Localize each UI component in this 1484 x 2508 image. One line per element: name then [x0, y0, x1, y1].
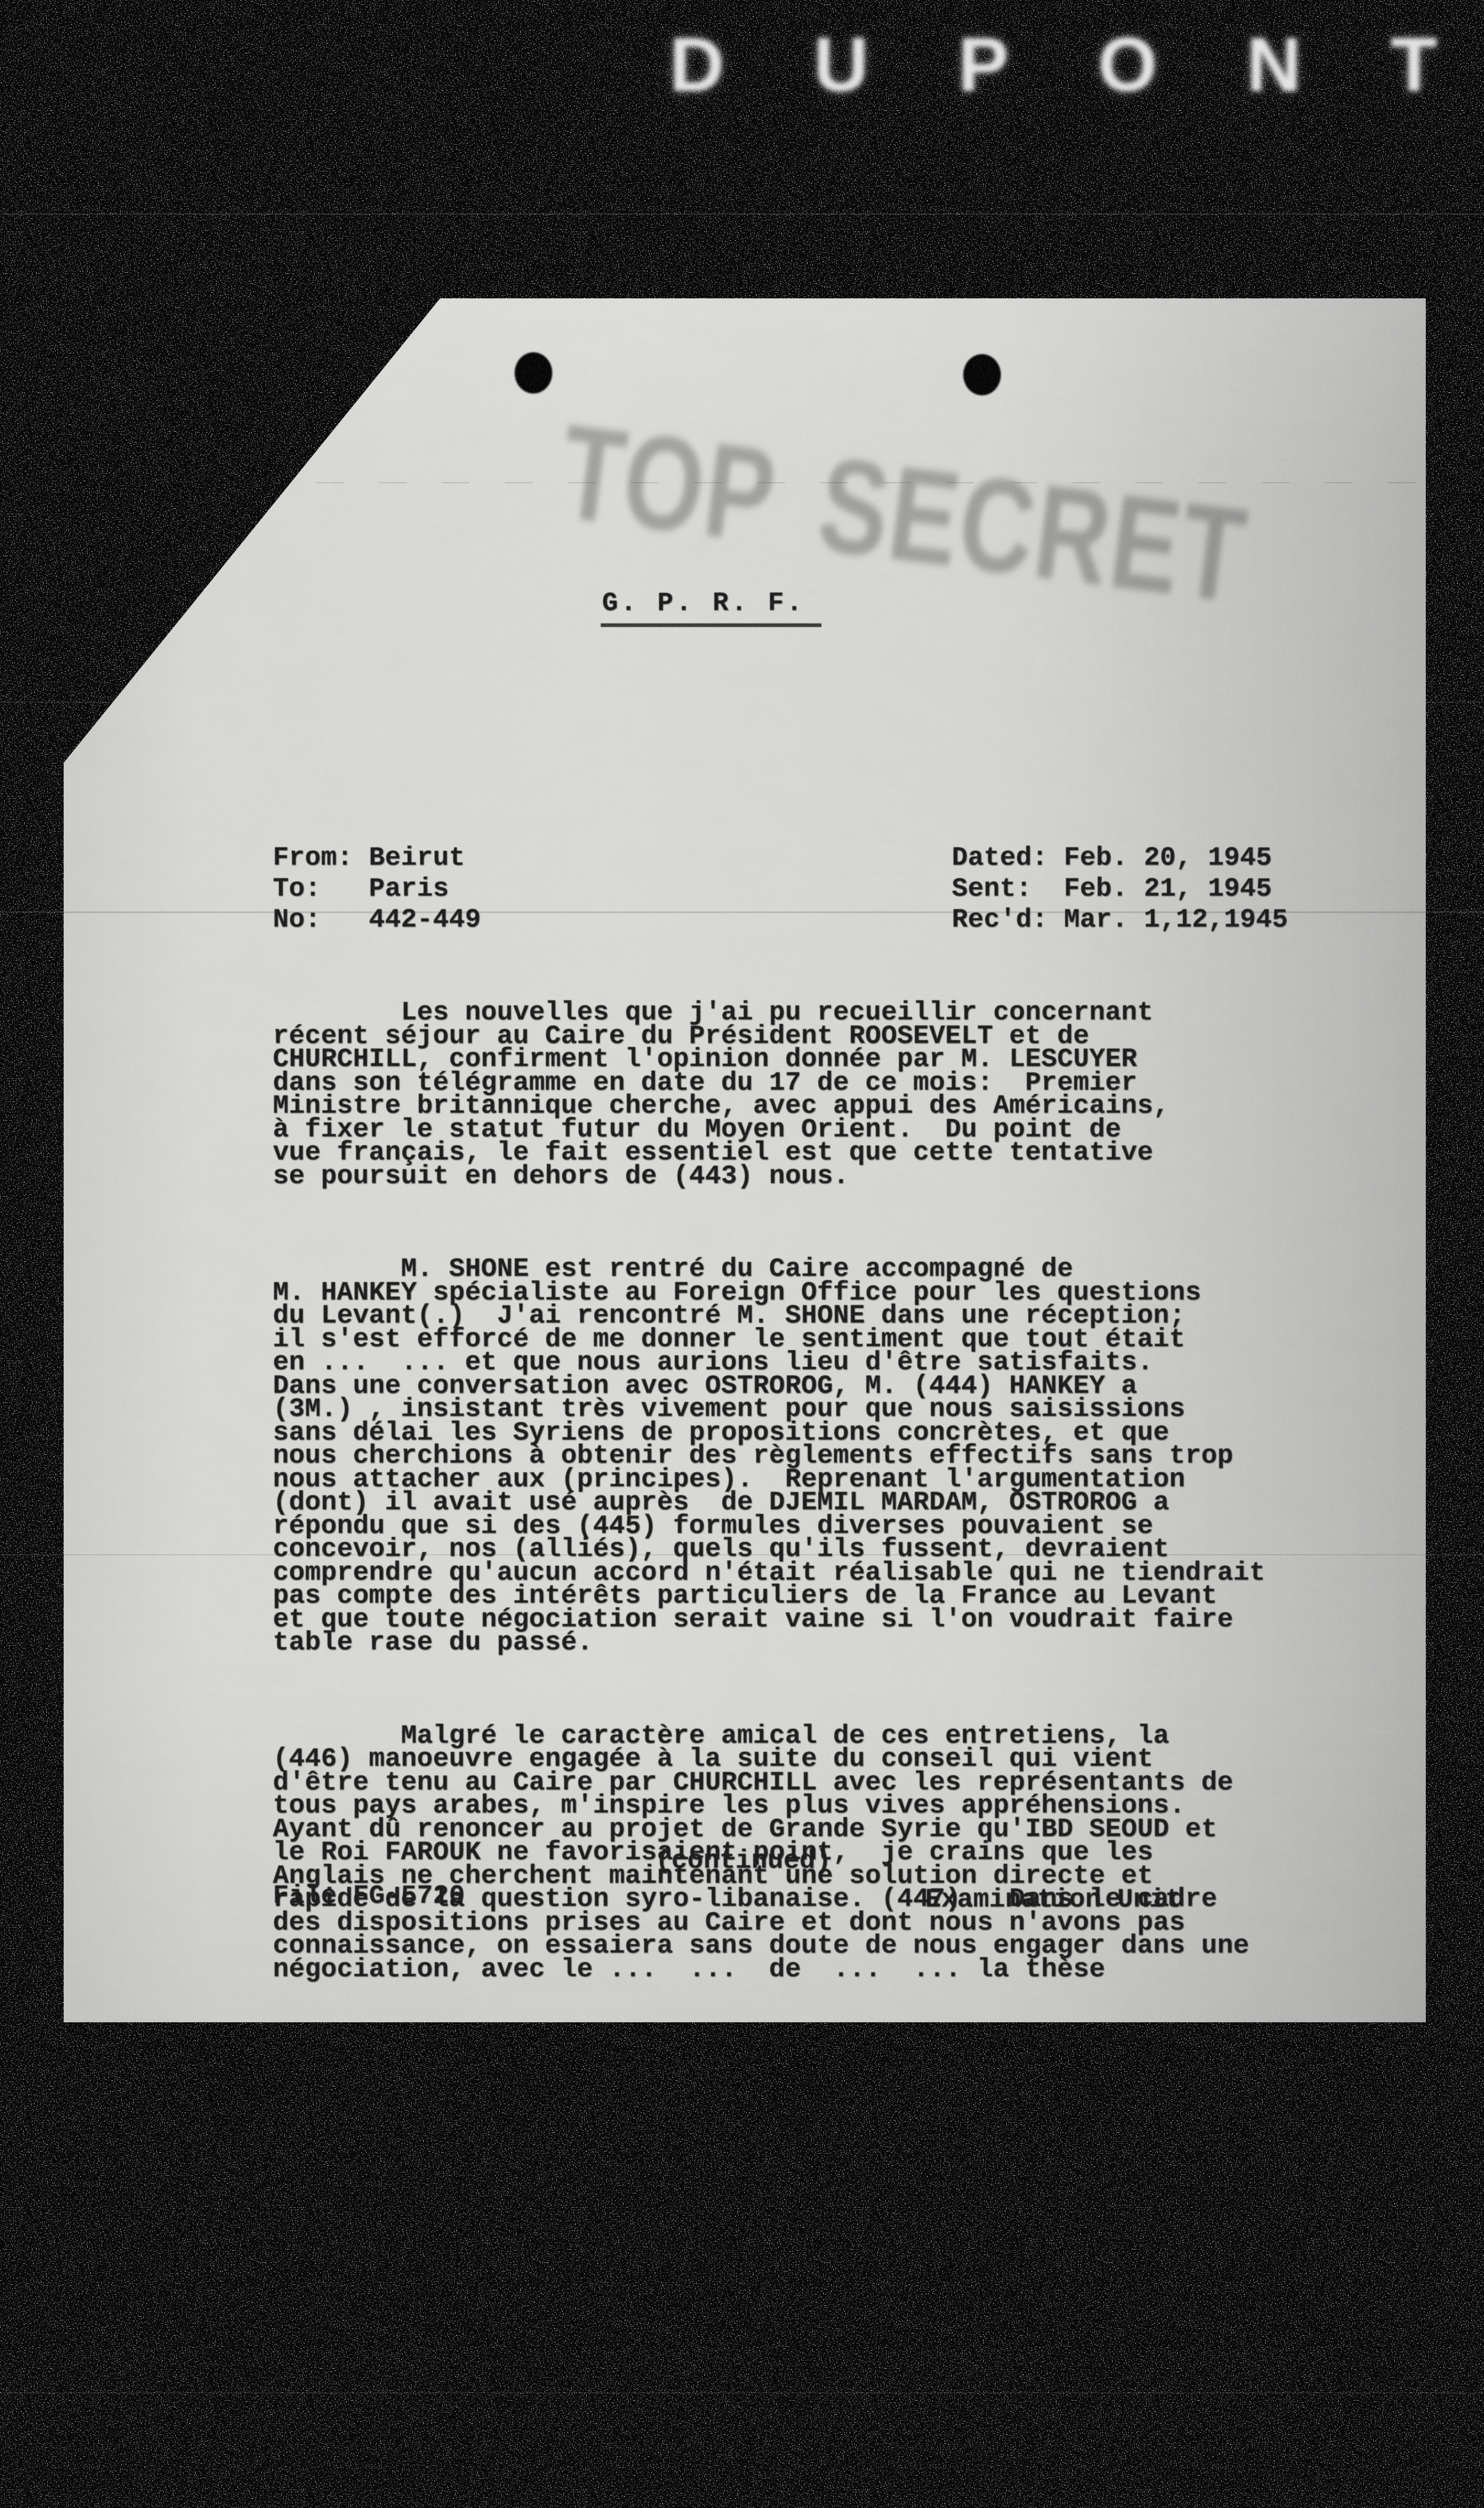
file-number: File FG-5720	[273, 1881, 465, 1911]
meta-from-line: From: Beirut	[273, 843, 465, 873]
meta-origin-block: From: Beirut To: Paris No: 442-449	[273, 843, 481, 936]
examination-unit-label: Examination Unit	[925, 1885, 1181, 1915]
scratch-artifact	[0, 2392, 1484, 2393]
meta-dated-line: Dated: Feb. 20, 1945	[952, 843, 1272, 873]
meta-to-line: To: Paris	[273, 874, 449, 904]
paragraph-1: Les nouvelles que j'ai pu recueillir con…	[273, 1001, 1265, 1188]
dupont-watermark-text: DUPONT	[669, 21, 1484, 109]
paragraph-2: M. SHONE est rentré du Caire accompagné …	[273, 1258, 1265, 1655]
meta-sent-line: Sent: Feb. 21, 1945	[952, 874, 1272, 904]
microfilm-scan-frame: DUPONT TOP SE	[0, 0, 1484, 2508]
punch-hole-left	[515, 352, 552, 394]
org-heading-gprf: G. P. R. F.	[601, 588, 821, 627]
continued-note: (continued)	[655, 1846, 831, 1876]
scratch-artifact	[0, 213, 1484, 215]
punch-hole-right	[963, 354, 1001, 395]
meta-received-line: Rec'd: Mar. 1,12,1945	[952, 905, 1288, 935]
meta-dates-block: Dated: Feb. 20, 1945 Sent: Feb. 21, 1945…	[952, 843, 1288, 936]
meta-number-line: No: 442-449	[273, 905, 481, 935]
document-paper: TOP SECRET G. P. R. F. From: Beirut To: …	[64, 298, 1426, 2022]
